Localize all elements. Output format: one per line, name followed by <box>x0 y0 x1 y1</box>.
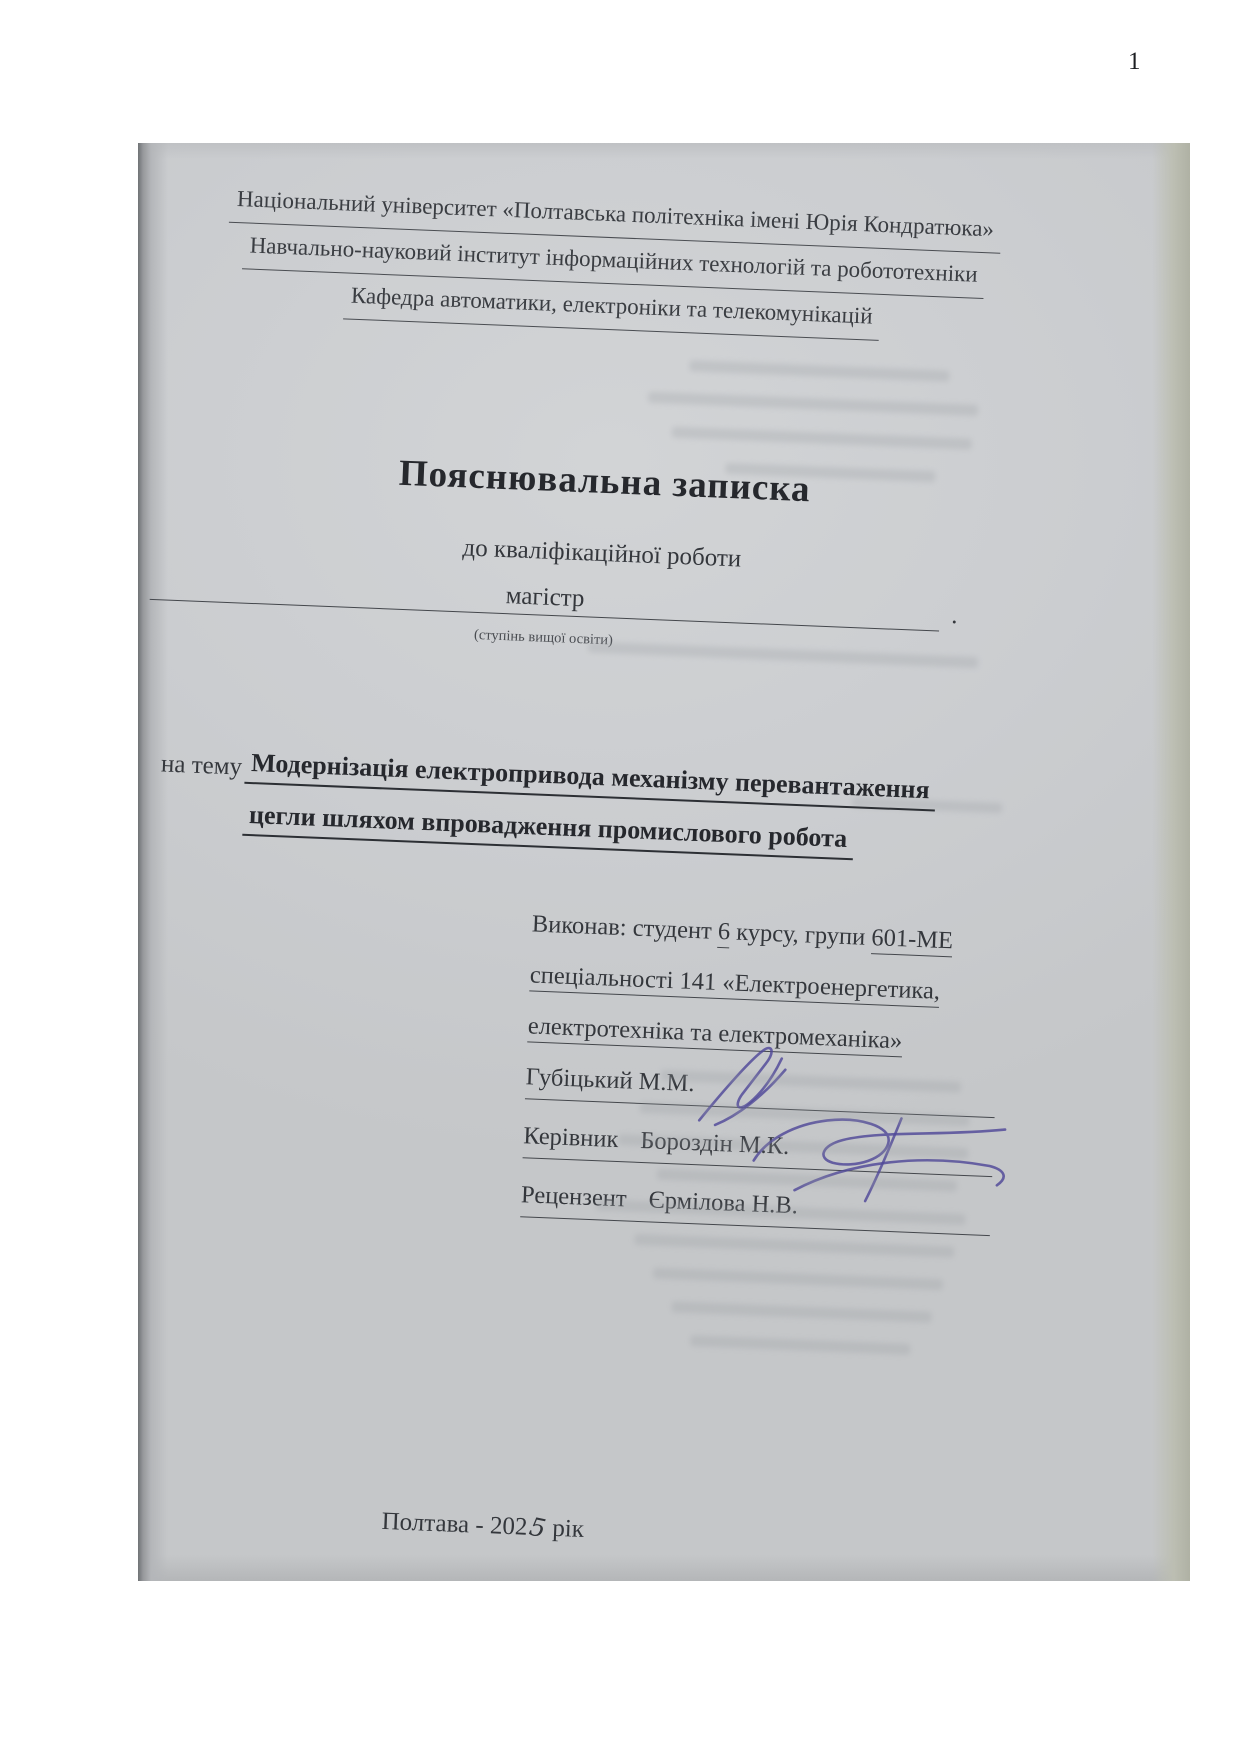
performer-line: Виконав: студент 6 курсу, групи 601-МЕ <box>531 907 1002 959</box>
document-photo: Національний університет «Полтавська пол… <box>138 143 1190 1581</box>
city-year-suffix: рік <box>552 1515 585 1543</box>
group-code: 601-МЕ <box>871 924 954 957</box>
city-year-prefix: Полтава - 202 <box>381 1508 528 1541</box>
bleed-through-artifact <box>648 392 978 416</box>
topic-lines: Модернізація електропривода механізму пе… <box>242 748 986 882</box>
page-number: 1 <box>1128 48 1141 76</box>
document-title: Пояснювальна записка <box>164 442 1045 520</box>
specialty-line-1: спеціальності 141 «Електроенергетика, <box>529 958 1000 1010</box>
scanned-document-page: { "page": { "number": "1" }, "header": {… <box>0 0 1240 1754</box>
document-content: Національний університет «Полтавська пол… <box>138 143 1189 1581</box>
specialty-line-2: електротехніка та електромеханіка» <box>527 1009 998 1061</box>
degree-trailing-dot: . <box>951 602 958 630</box>
handwritten-year-digit: 5 <box>527 1512 548 1544</box>
bleed-through-artifact <box>672 1301 932 1322</box>
topic-line-1: Модернізація електропривода механізму пе… <box>244 748 936 812</box>
topic-label: на тему <box>161 750 243 781</box>
bleed-through-artifact <box>690 1335 910 1355</box>
document-header: Національний університет «Полтавська пол… <box>171 175 1056 348</box>
topic-line-2: цегли шляхом впровадження промислового р… <box>242 800 853 860</box>
bleed-through-artifact <box>689 360 949 381</box>
supervisor-label: Керівник <box>523 1122 619 1153</box>
bleed-through-artifact <box>653 1268 943 1291</box>
bleed-through-artifact <box>672 427 972 450</box>
city-year: Полтава - 2025рік <box>332 1504 633 1546</box>
